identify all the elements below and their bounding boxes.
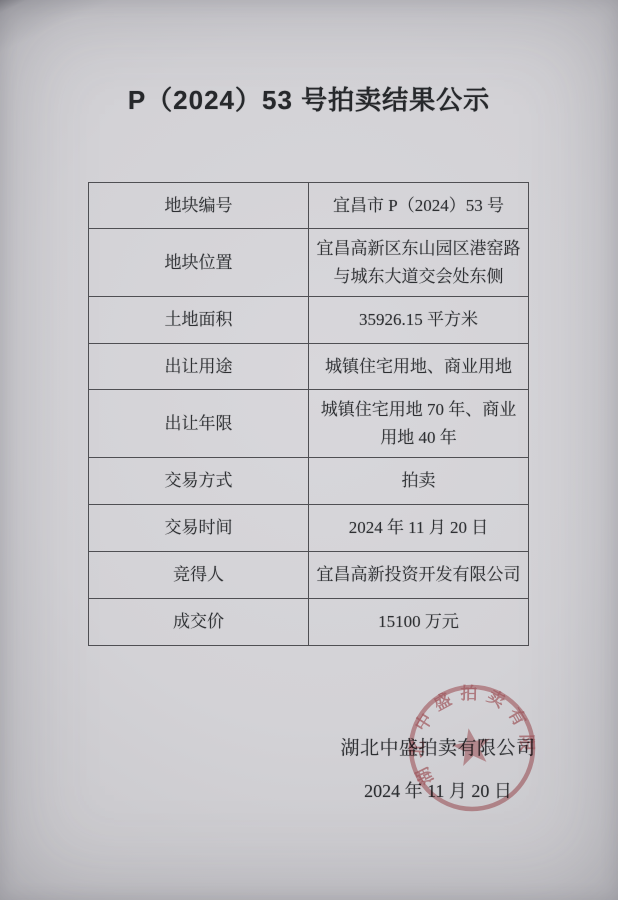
table-row: 地块位置 宜昌高新区东山园区港窑路与城东大道交会处东侧: [89, 229, 529, 297]
row-value: 35926.15 平方米: [309, 297, 529, 344]
row-label: 交易方式: [89, 458, 309, 505]
table-row: 交易方式 拍卖: [89, 458, 529, 505]
row-label: 成交价: [89, 599, 309, 646]
signature-date: 2024 年 11 月 20 日: [332, 777, 544, 803]
row-value: 城镇住宅用地、商业用地: [309, 344, 529, 390]
row-value: 15100 万元: [309, 599, 529, 646]
table-row: 出让用途 城镇住宅用地、商业用地: [89, 344, 529, 390]
table-row: 土地面积 35926.15 平方米: [89, 297, 529, 344]
table-row: 出让年限 城镇住宅用地 70 年、商业用地 40 年: [89, 390, 529, 458]
table-row: 地块编号 宜昌市 P（2024）53 号: [89, 183, 529, 229]
auction-info-table: 地块编号 宜昌市 P（2024）53 号 地块位置 宜昌高新区东山园区港窑路与城…: [88, 182, 529, 646]
row-value: 拍卖: [309, 458, 529, 505]
page-title: P（2024）53 号拍卖结果公示: [0, 80, 618, 117]
signature-company: 湖北中盛拍卖有限公司: [332, 733, 544, 760]
signature-block: 湖北中盛拍卖有限公司 2024 年 11 月 20 日: [332, 733, 544, 803]
table-row: 成交价 15100 万元: [89, 599, 529, 646]
row-label: 交易时间: [89, 505, 309, 552]
row-label: 竞得人: [89, 552, 309, 599]
row-value: 城镇住宅用地 70 年、商业用地 40 年: [309, 390, 529, 458]
row-label: 土地面积: [89, 297, 309, 344]
row-value: 宜昌市 P（2024）53 号: [309, 183, 529, 229]
table-row: 竞得人 宜昌高新投资开发有限公司: [89, 552, 529, 599]
table-row: 交易时间 2024 年 11 月 20 日: [89, 505, 529, 552]
row-label: 地块编号: [89, 183, 309, 229]
row-value: 宜昌高新投资开发有限公司: [309, 552, 529, 599]
row-value: 2024 年 11 月 20 日: [309, 505, 529, 552]
row-label: 地块位置: [89, 229, 309, 297]
row-label: 出让年限: [89, 390, 309, 458]
row-value: 宜昌高新区东山园区港窑路与城东大道交会处东侧: [309, 229, 529, 297]
row-label: 出让用途: [89, 344, 309, 390]
